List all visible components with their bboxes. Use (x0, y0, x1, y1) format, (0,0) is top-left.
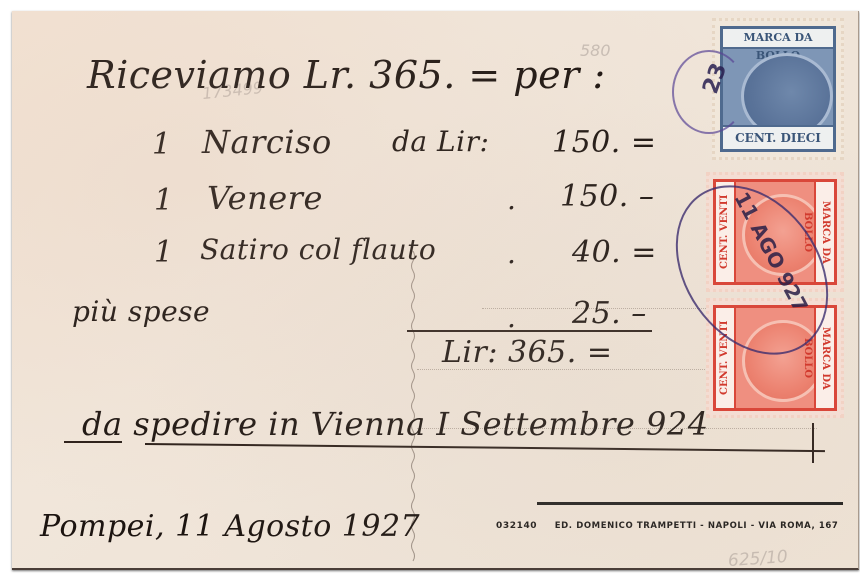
receipt-heading: Riceviamo Lr. 365. = per : (87, 53, 606, 97)
imprint-text: ED. DOMENICO TRAMPETTI - NAPOLI - VIA RO… (555, 521, 839, 531)
item-qty: 1 (152, 127, 172, 162)
underline (145, 443, 825, 452)
stamp-value: CENT. DIECI (723, 125, 833, 149)
item-desc: Satiro col flauto (200, 233, 436, 266)
item-desc: Narciso (202, 123, 332, 161)
item-amount: 40. = (572, 235, 657, 270)
total-rule (407, 330, 652, 332)
stamp-header: MARCA DA BOLLO (723, 29, 833, 49)
address-rule (537, 502, 843, 505)
imprint-code: 032140 (496, 521, 537, 531)
item-amount: 150. – (560, 179, 654, 214)
place-date: Pompei, 11 Agosto 1927 (40, 509, 420, 544)
vertical-tick (812, 423, 814, 463)
underline (64, 441, 122, 443)
item-qty: 1 (154, 235, 174, 270)
shipping-note: da spedire in Vienna I Settembre 924 (82, 405, 709, 443)
item-currency: . (507, 183, 516, 216)
item-desc: più spese (72, 295, 210, 328)
receipt-total: Lir: 365. = (442, 335, 612, 370)
item-currency: . (507, 237, 516, 270)
item-qty: 1 (154, 183, 174, 218)
pencil-note-bottom-right: 625/10 (727, 547, 788, 571)
item-amount: 25. – (572, 296, 647, 331)
item-desc: Venere (207, 179, 323, 217)
item-amount: 150. = (552, 125, 656, 160)
item-currency: da Lir: (392, 125, 489, 158)
publisher-imprint: 032140 ED. DOMENICO TRAMPETTI - NAPOLI -… (496, 521, 838, 531)
